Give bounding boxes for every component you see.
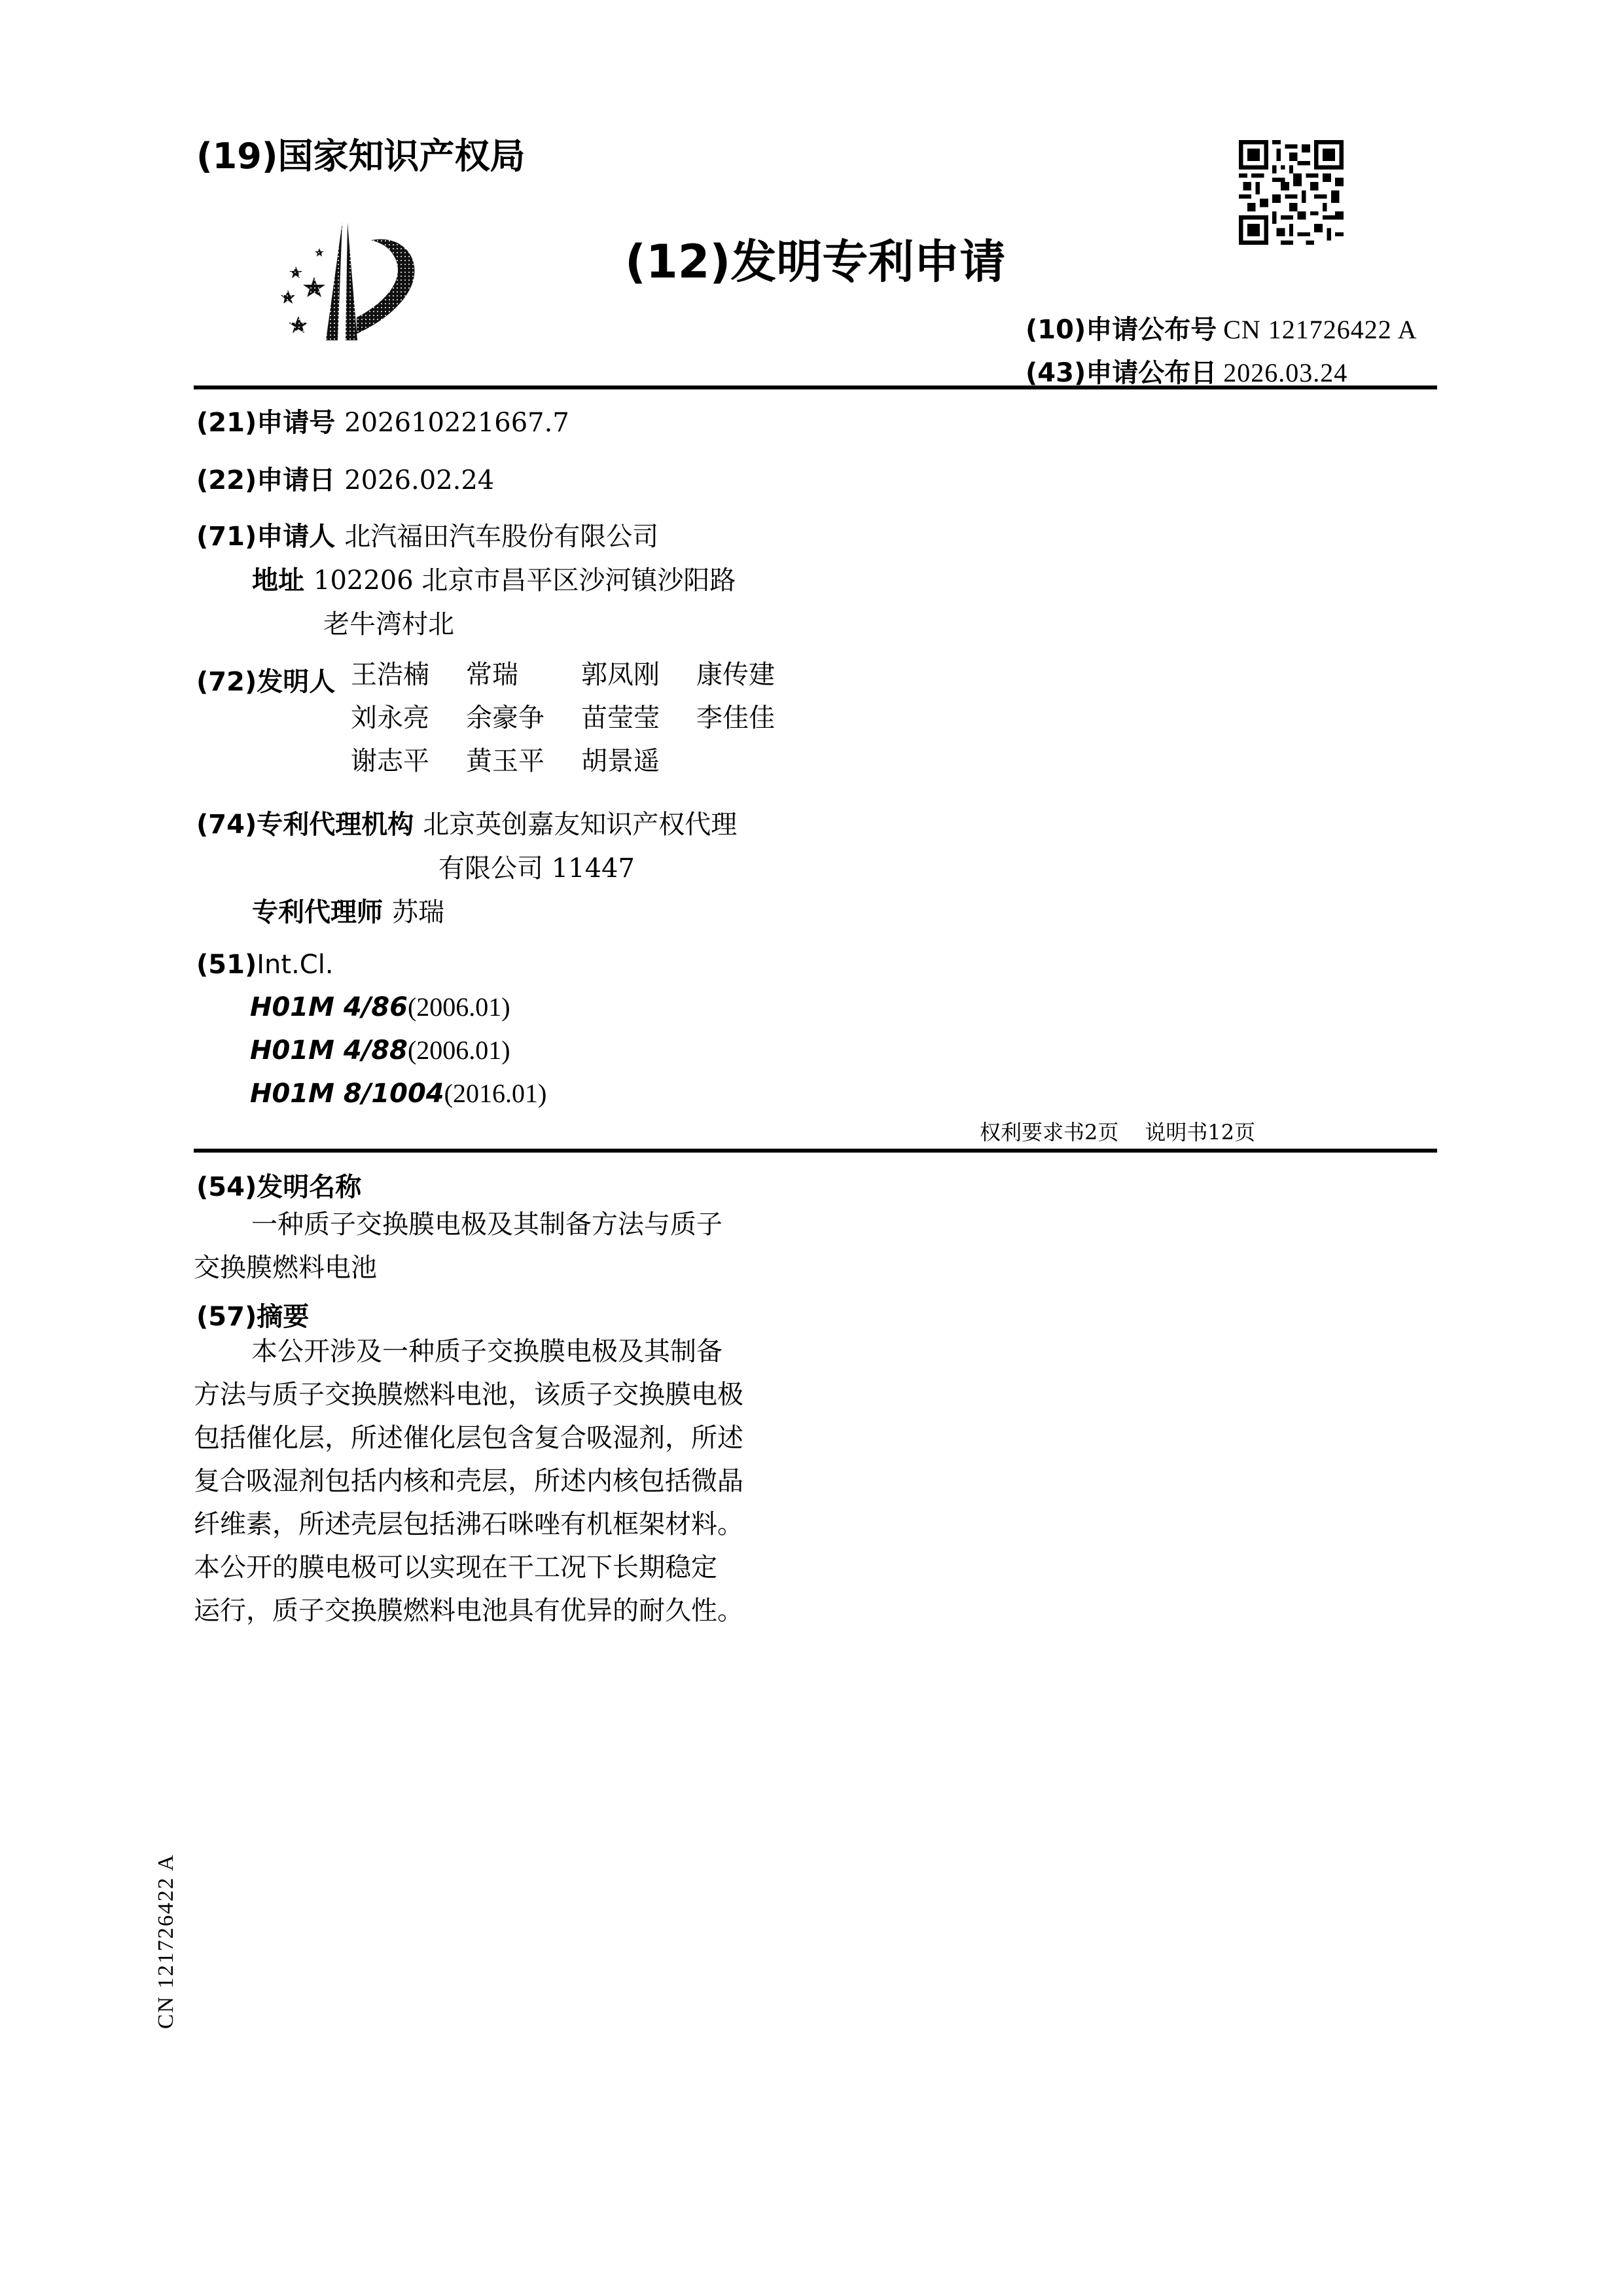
agent-name: 苏瑞 [392, 897, 444, 927]
abstract-line: 方法与质子交换膜燃料电池，该质子交换膜电极 [194, 1373, 743, 1416]
doc-type-code: (12) [625, 235, 730, 289]
inventor-name: 常瑞 [466, 653, 581, 696]
application-number-row: (21)申请号202610221667.7 [196, 402, 569, 439]
applicant-label: 申请人 [257, 522, 335, 552]
agency-line-2-row: 有限公司 11447 [438, 848, 635, 885]
abstract-line: 纤维素，所述壳层包括沸石咪唑有机框架材料。 [194, 1503, 743, 1546]
ipc-entry-version: (2016.01) [444, 1079, 547, 1108]
agent-row: 专利代理师苏瑞 [252, 891, 444, 929]
application-number-value: 202610221667.7 [344, 408, 569, 438]
header-divider [194, 386, 1437, 389]
agency-line-2: 有限公司 11447 [438, 853, 635, 884]
inventors-label: 发明人 [257, 667, 335, 697]
title-code: (54) [196, 1172, 257, 1202]
ipc-entry-version: (2006.01) [408, 992, 510, 1022]
applicant-row: (71)申请人北汽福田汽车股份有限公司 [196, 516, 658, 553]
abstract-line: 本公开的膜电极可以实现在干工况下长期稳定 [194, 1546, 717, 1589]
invention-title-line-2: 交换膜燃料电池 [194, 1246, 377, 1289]
agency-line-1: 北京英创嘉友知识产权代理 [423, 810, 737, 840]
invention-title-heading: (54)发明名称 [196, 1166, 361, 1204]
invention-title-line-1: 一种质子交换膜电极及其制备方法与质子 [251, 1203, 722, 1246]
side-publication-number: CN 121726422 A [154, 1854, 179, 2029]
ipc-row: (51)Int.Cl. [196, 949, 334, 980]
publication-number: (10)申请公布号CN 121726422 A [1026, 309, 1417, 346]
filing-date-label: 申请日 [257, 465, 335, 495]
publication-date-code: (43) [1026, 358, 1086, 388]
ipc-label: Int.Cl. [257, 950, 333, 980]
address-line-1: 102206 北京市昌平区沙河镇沙阳路 [313, 565, 736, 596]
ipc-code: (51) [196, 950, 257, 980]
inventor-name: 苗莹莹 [581, 696, 696, 740]
abstract-label: 摘要 [257, 1302, 309, 1332]
cnipa-logo-icon [262, 219, 419, 344]
publication-date-label: 申请公布日 [1086, 358, 1217, 388]
application-number-code: (21) [196, 408, 257, 438]
abstract-line: 本公开涉及一种质子交换膜电极及其制备 [251, 1330, 722, 1373]
page-counts: 权利要求书2页说明书12页 [980, 1116, 1255, 1146]
publication-date: (43)申请公布日2026.03.24 [1026, 352, 1347, 389]
abstract-line: 运行，质子交换膜燃料电池具有优异的耐久性。 [194, 1589, 743, 1632]
publication-number-value: CN 121726422 A [1223, 315, 1417, 344]
inventor-name: 康传建 [696, 653, 811, 696]
filing-date-value: 2026.02.24 [344, 465, 494, 495]
inventor-name: 胡景遥 [581, 740, 696, 783]
agency-code: (74) [196, 810, 257, 840]
ipc-entry-version: (2006.01) [408, 1035, 510, 1065]
address-line-2-row: 老牛湾村北 [323, 603, 454, 641]
inventor-list: 王浩楠 常瑞 郭凤刚 康传建 刘永亮 余豪争 苗莹莹 李佳佳 谢志平 黄玉平 胡… [351, 653, 811, 783]
ipc-entry-code: H01M 4/86 [250, 992, 408, 1022]
address-line-2: 老牛湾村北 [323, 609, 454, 639]
abstract-heading: (57)摘要 [196, 1296, 309, 1333]
qr-code-icon[interactable] [1239, 140, 1344, 245]
ipc-entry: H01M 4/88(2006.01) [250, 1035, 510, 1066]
agent-label: 专利代理师 [252, 897, 383, 927]
description-page-count: 说明书12页 [1145, 1120, 1255, 1145]
inventor-name: 李佳佳 [696, 696, 811, 740]
applicant-value: 北汽福田汽车股份有限公司 [344, 522, 658, 552]
claims-page-count: 权利要求书2页 [980, 1120, 1118, 1145]
inventor-name: 谢志平 [351, 740, 466, 783]
inventor-name: 郭凤刚 [581, 653, 696, 696]
publication-number-label: 申请公布号 [1086, 315, 1217, 345]
ipc-entry: H01M 4/86(2006.01) [250, 992, 510, 1022]
title-label: 发明名称 [257, 1172, 361, 1202]
abstract-line: 复合吸湿剂包括内核和壳层，所述内核包括微晶 [194, 1460, 743, 1503]
inventors-code: (72) [196, 667, 257, 697]
doc-type-text: 发明专利申请 [730, 235, 1005, 289]
inventor-name: 黄玉平 [466, 740, 581, 783]
inventors-row: (72)发明人 [196, 661, 335, 698]
publication-date-value: 2026.03.24 [1223, 358, 1347, 387]
biblio-divider [194, 1149, 1437, 1153]
application-number-label: 申请号 [257, 408, 335, 438]
ipc-entry-code: H01M 4/88 [250, 1035, 408, 1066]
inventor-name: 余豪争 [466, 696, 581, 740]
agency-row: (74)专利代理机构北京英创嘉友知识产权代理 [196, 804, 737, 841]
abstract-code: (57) [196, 1302, 257, 1332]
filing-date-row: (22)申请日2026.02.24 [196, 459, 494, 497]
inventor-name: 刘永亮 [351, 696, 466, 740]
address-label: 地址 [252, 565, 304, 596]
filing-date-code: (22) [196, 465, 257, 495]
office-name: 国家知识产权局 [278, 135, 526, 177]
abstract-line: 包括催化层，所述催化层包含复合吸湿剂，所述 [194, 1416, 743, 1460]
address-row: 地址102206 北京市昌平区沙河镇沙阳路 [252, 560, 736, 597]
office-header: (19)国家知识产权局 [196, 128, 526, 179]
publication-number-code: (10) [1026, 315, 1086, 345]
ipc-entry-code: H01M 8/1004 [250, 1079, 444, 1109]
ipc-entry: H01M 8/1004(2016.01) [250, 1078, 546, 1109]
applicant-code: (71) [196, 522, 257, 552]
office-code: (19) [196, 135, 278, 177]
document-type-title: (12)发明专利申请 [625, 225, 1005, 291]
inventor-name: 王浩楠 [351, 653, 466, 696]
agency-label: 专利代理机构 [257, 810, 414, 840]
